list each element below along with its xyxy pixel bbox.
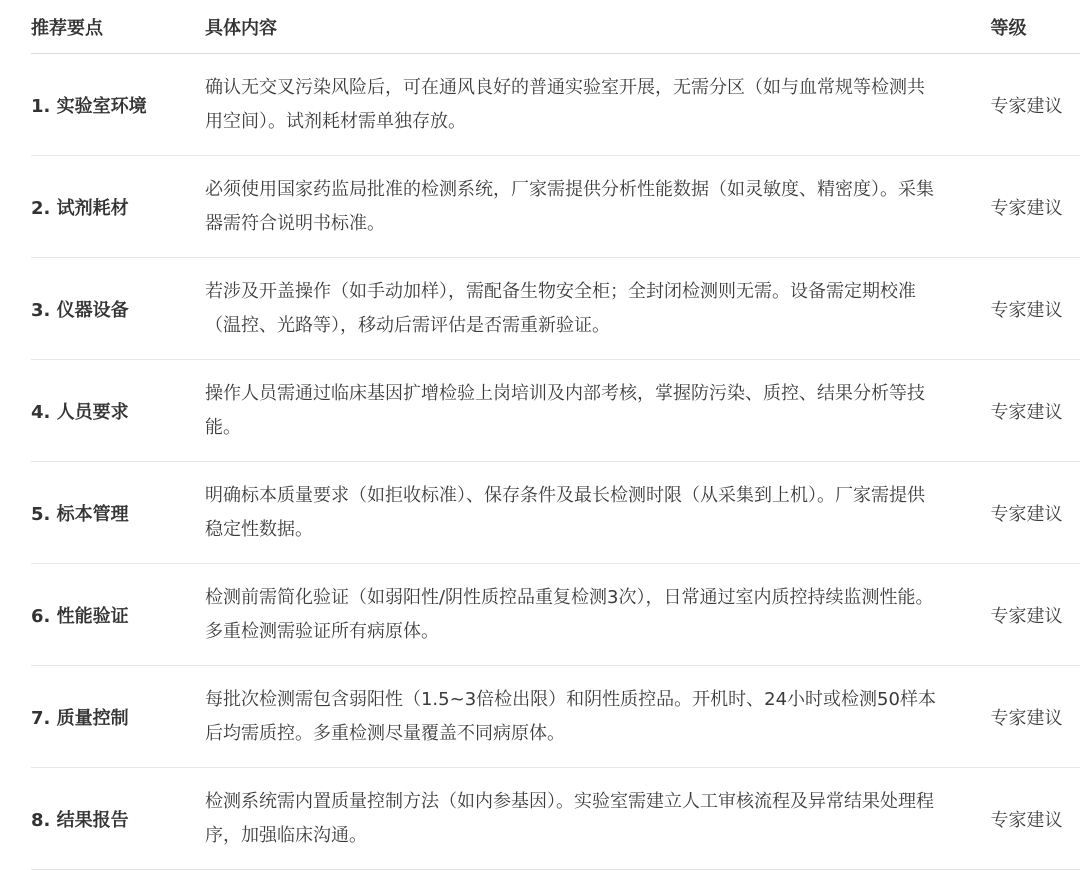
row-level: 专家建议 (991, 156, 1080, 258)
row-level: 专家建议 (991, 54, 1080, 156)
row-content-text: 操作人员需通过临床基因扩增检验上岗培训及内部考核，掌握防污染、质控、结果分析等技… (205, 377, 940, 445)
row-content: 若涉及开盖操作（如手动加样），需配备生物安全柜；全封闭检测则无需。设备需定期校准… (205, 258, 991, 360)
row-content-text: 每批次检测需包含弱阳性（1.5~3倍检出限）和阴性质控品。开机时、24小时或检测… (205, 683, 940, 751)
row-content: 每批次检测需包含弱阳性（1.5~3倍检出限）和阴性质控品。开机时、24小时或检测… (205, 666, 991, 768)
row-level: 专家建议 (991, 360, 1080, 462)
row-level: 专家建议 (991, 564, 1080, 666)
table-row: 1. 实验室环境 确认无交叉污染风险后，可在通风良好的普通实验室开展，无需分区（… (31, 54, 1080, 156)
table-row: 3. 仪器设备 若涉及开盖操作（如手动加样），需配备生物安全柜；全封闭检测则无需… (31, 258, 1080, 360)
row-content: 必须使用国家药监局批准的检测系统，厂家需提供分析性能数据（如灵敏度、精密度）。采… (205, 156, 991, 258)
row-key: 6. 性能验证 (31, 564, 205, 666)
table-row: 5. 标本管理 明确标本质量要求（如拒收标准）、保存条件及最长检测时限（从采集到… (31, 462, 1080, 564)
row-level: 专家建议 (991, 462, 1080, 564)
row-content: 确认无交叉污染风险后，可在通风良好的普通实验室开展，无需分区（如与血常规等检测共… (205, 54, 991, 156)
row-key: 5. 标本管理 (31, 462, 205, 564)
recommendation-table-container: 推荐要点 具体内容 等级 1. 实验室环境 确认无交叉污染风险后，可在通风良好的… (31, 0, 1080, 869)
row-content: 检测系统需内置质量控制方法（如内参基因）。实验室需建立人工审核流程及异常结果处理… (205, 768, 991, 870)
row-key: 4. 人员要求 (31, 360, 205, 462)
table-header-row: 推荐要点 具体内容 等级 (31, 0, 1080, 54)
row-level: 专家建议 (991, 666, 1080, 768)
table-row: 4. 人员要求 操作人员需通过临床基因扩增检验上岗培训及内部考核，掌握防污染、质… (31, 360, 1080, 462)
header-level: 等级 (991, 0, 1080, 54)
row-content-text: 必须使用国家药监局批准的检测系统，厂家需提供分析性能数据（如灵敏度、精密度）。采… (205, 173, 940, 241)
table-row: 7. 质量控制 每批次检测需包含弱阳性（1.5~3倍检出限）和阴性质控品。开机时… (31, 666, 1080, 768)
row-key: 2. 试剂耗材 (31, 156, 205, 258)
row-content-text: 检测系统需内置质量控制方法（如内参基因）。实验室需建立人工审核流程及异常结果处理… (205, 785, 940, 853)
row-level: 专家建议 (991, 768, 1080, 870)
row-content: 明确标本质量要求（如拒收标准）、保存条件及最长检测时限（从采集到上机）。厂家需提… (205, 462, 991, 564)
row-key: 7. 质量控制 (31, 666, 205, 768)
row-key: 8. 结果报告 (31, 768, 205, 870)
header-content: 具体内容 (205, 0, 991, 54)
row-content: 检测前需简化验证（如弱阳性/阴性质控品重复检测3次），日常通过室内质控持续监测性… (205, 564, 991, 666)
row-content: 操作人员需通过临床基因扩增检验上岗培训及内部考核，掌握防污染、质控、结果分析等技… (205, 360, 991, 462)
table-row: 2. 试剂耗材 必须使用国家药监局批准的检测系统，厂家需提供分析性能数据（如灵敏… (31, 156, 1080, 258)
header-key-points: 推荐要点 (31, 0, 205, 54)
recommendation-table: 推荐要点 具体内容 等级 1. 实验室环境 确认无交叉污染风险后，可在通风良好的… (31, 0, 1080, 869)
row-content-text: 若涉及开盖操作（如手动加样），需配备生物安全柜；全封闭检测则无需。设备需定期校准… (205, 275, 940, 343)
row-content-text: 明确标本质量要求（如拒收标准）、保存条件及最长检测时限（从采集到上机）。厂家需提… (205, 479, 940, 547)
row-key: 1. 实验室环境 (31, 54, 205, 156)
row-content-text: 确认无交叉污染风险后，可在通风良好的普通实验室开展，无需分区（如与血常规等检测共… (205, 71, 940, 139)
row-level: 专家建议 (991, 258, 1080, 360)
table-row: 6. 性能验证 检测前需简化验证（如弱阳性/阴性质控品重复检测3次），日常通过室… (31, 564, 1080, 666)
row-key: 3. 仪器设备 (31, 258, 205, 360)
table-row: 8. 结果报告 检测系统需内置质量控制方法（如内参基因）。实验室需建立人工审核流… (31, 768, 1080, 870)
row-content-text: 检测前需简化验证（如弱阳性/阴性质控品重复检测3次），日常通过室内质控持续监测性… (205, 581, 940, 649)
